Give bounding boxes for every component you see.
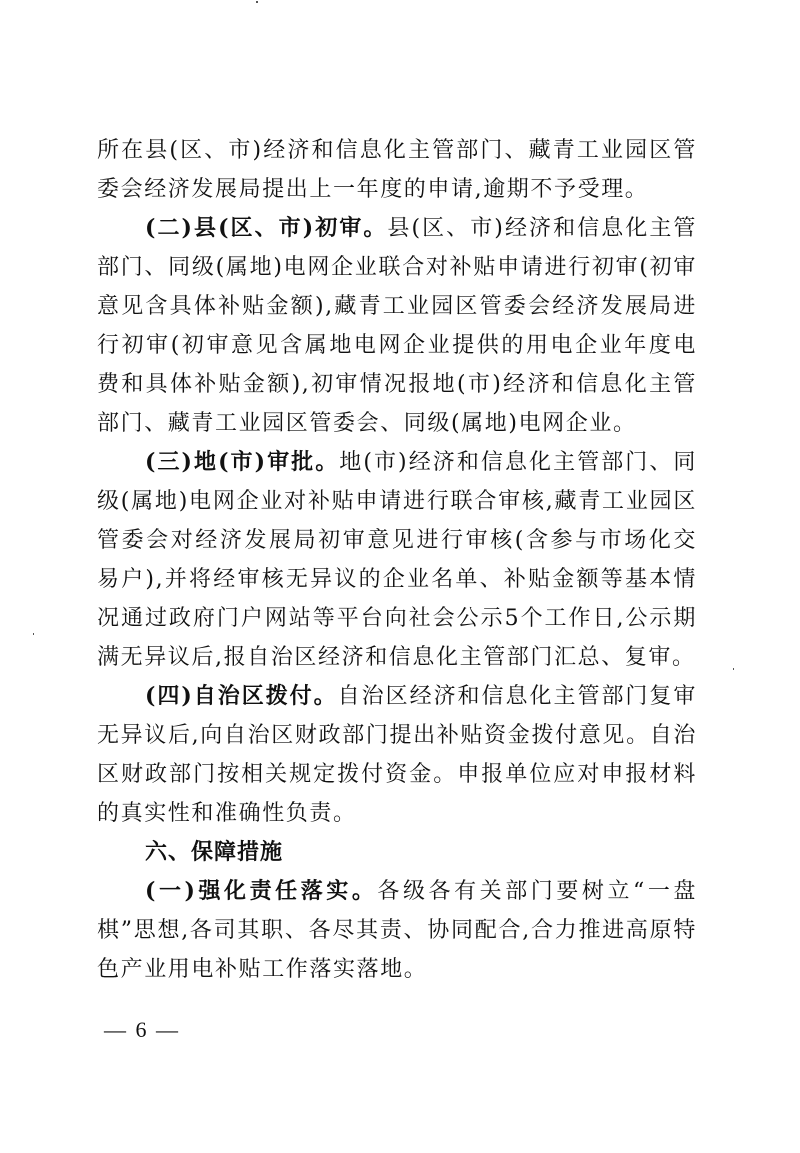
paragraph-text: 县(区、市)经济和信息化主管部门、同级(属地)电网企业联合对补贴申请进行初审(初…: [97, 216, 697, 436]
scan-speck: [33, 633, 34, 635]
paragraph-text: 所在县(区、市)经济和信息化主管部门、藏青工业园区管委会经济发展局提出上一年度的…: [97, 138, 697, 202]
paragraph-lead: (二)县(区、市)初审。: [145, 215, 387, 241]
paragraph-text: 地(市)经济和信息化主管部门、同级(属地)电网企业对补贴申请进行联合审核,藏青工…: [97, 450, 697, 670]
paragraph-lead: (三)地(市)审批。: [145, 449, 339, 475]
paragraph-county-review: (二)县(区、市)初审。县(区、市)经济和信息化主管部门、同级(属地)电网企业联…: [97, 209, 697, 443]
scan-speck: [733, 668, 734, 670]
paragraph-responsibility: (一)强化责任落实。各级各有关部门要树立“一盘棋”思想,各司其职、各尽其责、协同…: [97, 872, 697, 989]
page-number: — 6 —: [104, 1017, 180, 1043]
paragraph-lead: (一)强化责任落实。: [145, 878, 377, 904]
paragraph-prefecture-approval: (三)地(市)审批。地(市)经济和信息化主管部门、同级(属地)电网企业对补贴申请…: [97, 443, 697, 677]
paragraph-region-disbursement: (四)自治区拨付。自治区经济和信息化主管部门复审无异议后,向自治区财政部门提出补…: [97, 677, 697, 833]
document-page: 所在县(区、市)经济和信息化主管部门、藏青工业园区管委会经济发展局提出上一年度的…: [97, 131, 697, 989]
paragraph-application-deadline: 所在县(区、市)经济和信息化主管部门、藏青工业园区管委会经济发展局提出上一年度的…: [97, 131, 697, 209]
paragraph-lead: (四)自治区拨付。: [145, 683, 338, 709]
section-heading-safeguards: 六、保障措施: [97, 833, 697, 872]
scan-speck: [256, 1, 258, 3]
